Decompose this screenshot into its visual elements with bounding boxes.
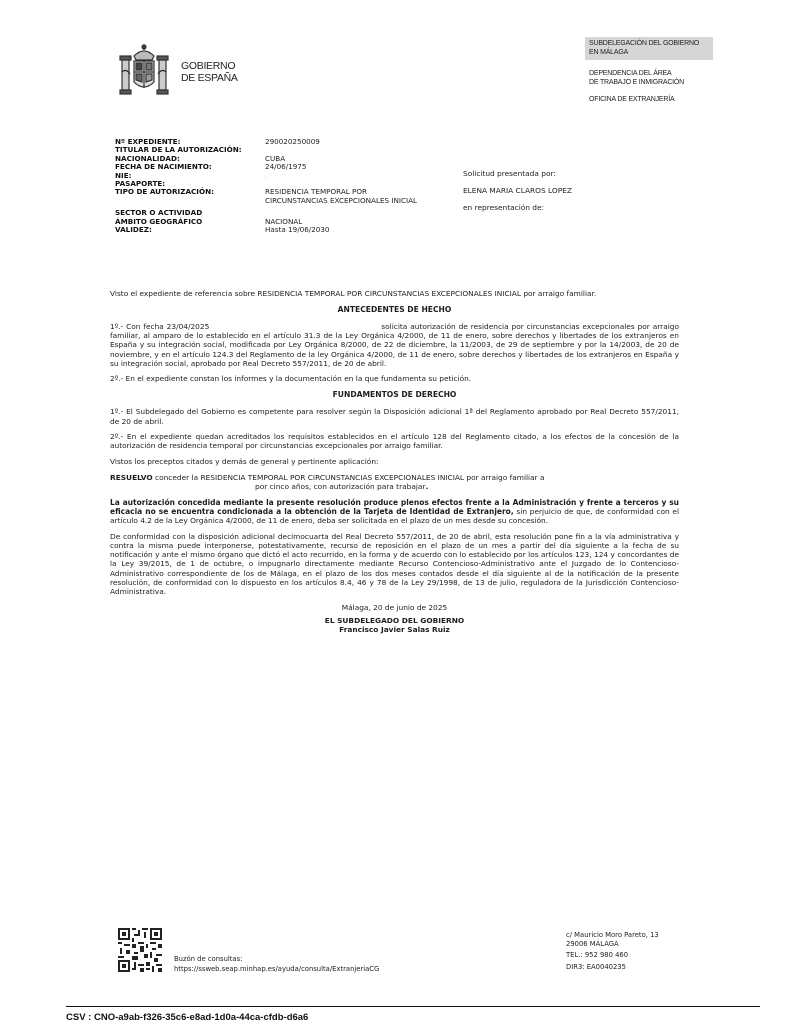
appeal-paragraph: De conformidad con la disposición adicio… (110, 532, 679, 596)
resuelvo-line2: por cinco años, con autorización para tr… (255, 482, 426, 491)
requester-block: Solicitud presentada por: ELENA MARIA CL… (463, 165, 572, 216)
intro-paragraph: Visto el expediente de referencia sobre … (110, 289, 679, 298)
resuelvo-text: conceder la RESIDENCIA TEMPORAL POR CIRC… (153, 473, 545, 482)
office-name: OFICINA DE EXTRANJERÍA (589, 96, 674, 105)
place-date: Málaga, 20 de junio de 2025 (110, 603, 679, 612)
address-line2: 29006 MÁLAGA (566, 940, 659, 949)
spain-coat-of-arms-icon (118, 42, 170, 98)
field-label: FECHA DE NACIMIENTO: (115, 163, 265, 171)
footer-divider (66, 1006, 760, 1007)
presented-by-label: Solicitud presentada por: (463, 165, 572, 182)
presented-by-name: ELENA MARIA CLAROS LOPEZ (463, 182, 572, 199)
antecedentes-1-start: 1º.- Con fecha 23/04/2025 (110, 322, 209, 331)
vistos-paragraph: Vistos los preceptos citados y demás de … (110, 457, 679, 466)
fundamentos-2: 2º.- En el expediente quedan acreditados… (110, 432, 679, 450)
field-value: CIRCUNSTANCIAS EXCEPCIONALES INICIAL (265, 197, 417, 205)
government-name: GOBIERNO DE ESPAÑA (181, 60, 238, 84)
qr-code-icon (118, 928, 162, 972)
dept-line1: DEPENDENCIA DEL ÁREA (589, 70, 672, 79)
resuelvo-end: . (426, 482, 429, 491)
dir3-code: DIR3: EA0040235 (566, 961, 659, 973)
field-label: VALIDEZ: (115, 226, 265, 234)
field-value: 24/06/1975 (265, 163, 306, 171)
signer-name: Francisco Javier Salas Ruiz (110, 625, 679, 634)
field-value: Hasta 19/06/2030 (265, 226, 330, 234)
resolution-body: Visto el expediente de referencia sobre … (110, 289, 679, 634)
gov-name-line1: GOBIERNO (181, 60, 238, 72)
consultation-block: Buzón de consultas: https://ssweb.seap.m… (174, 955, 379, 975)
office-address: c/ Mauricio Moro Pareto, 13 29006 MÁLAGA… (566, 931, 659, 973)
subdelegation-box: SUBDELEGACIÓN DEL GOBIERNO EN MÁLAGA (585, 37, 713, 60)
gov-name-line2: DE ESPAÑA (181, 72, 238, 84)
on-behalf-label: en representación de: (463, 199, 572, 216)
csv-code: CSV : CNO-a9ab-f326-35c6-e8ad-1d0a-44ca-… (66, 1012, 308, 1023)
org-box-line1: SUBDELEGACIÓN DEL GOBIERNO (589, 40, 709, 49)
field-label: TIPO DE AUTORIZACIÓN: (115, 188, 265, 196)
resuelvo-keyword: RESUELVO (110, 473, 153, 482)
signer-title: EL SUBDELEGADO DEL GOBIERNO (110, 616, 679, 625)
consult-label: Buzón de consultas: (174, 955, 379, 965)
org-box-line2: EN MÁLAGA (589, 49, 709, 58)
resuelvo-paragraph: RESUELVO conceder la RESIDENCIA TEMPORAL… (110, 473, 679, 491)
antecedentes-2: 2º.- En el expediente constan los inform… (110, 374, 679, 383)
fundamentos-heading: FUNDAMENTOS DE DERECHO (110, 390, 679, 399)
field-row: VALIDEZ:Hasta 19/06/2030 (115, 226, 417, 234)
signature-block: Málaga, 20 de junio de 2025 EL SUBDELEGA… (110, 603, 679, 635)
address-line1: c/ Mauricio Moro Pareto, 13 (566, 931, 659, 940)
phone: TEL.: 952 980 460 (566, 949, 659, 961)
case-fields: Nº EXPEDIENTE:290020250009 TITULAR DE LA… (115, 138, 417, 234)
fundamentos-1: 1º.- El Subdelegado del Gobierno es comp… (110, 407, 679, 425)
consult-url[interactable]: https://ssweb.seap.minhap.es/ayuda/consu… (174, 965, 379, 975)
field-value: 290020250009 (265, 138, 320, 146)
field-value: . (265, 172, 267, 180)
field-label (115, 197, 265, 205)
antecedentes-heading: ANTECEDENTES DE HECHO (110, 305, 679, 314)
field-row: CIRCUNSTANCIAS EXCEPCIONALES INICIAL (115, 197, 417, 205)
dept-line2: DE TRABAJO E INMIGRACIÓN (589, 79, 684, 88)
antecedentes-1: 1º.- Con fecha 23/04/2025solicita autori… (110, 322, 679, 368)
effects-paragraph: La autorización concedida mediante la pr… (110, 498, 679, 526)
